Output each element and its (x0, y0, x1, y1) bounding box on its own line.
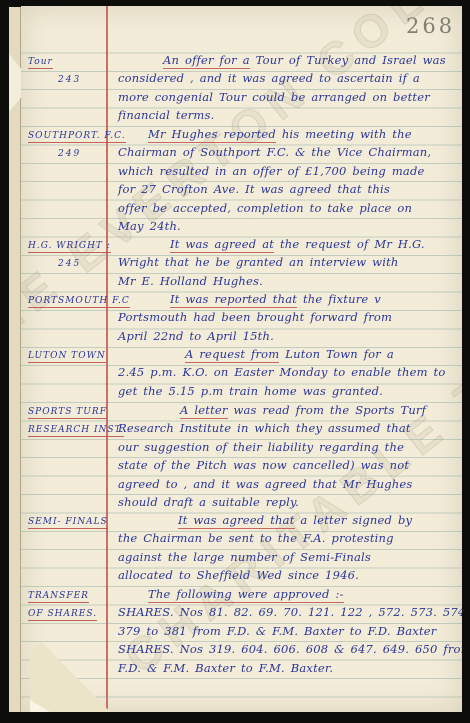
handwriting-text: allocated to Sheffield Wed since 1946. (118, 568, 359, 582)
margin-heading: TRANSFER (28, 587, 116, 605)
handwriting-text: the request of Mr H.G. (274, 237, 425, 251)
handwriting-text: the Chairman be sent to the F.A. protest… (118, 531, 394, 545)
minute-body: It was agreed that a letter signed bythe… (118, 511, 462, 585)
margin-heading-text: SEMI- FINALS (28, 517, 108, 529)
ledger-page: THE EVERTON COLLECTION CHARITABLE TRUST … (21, 6, 462, 712)
sections: Tour243An offer for a Tour of Turkey and… (21, 6, 462, 712)
minute-number: 243 (28, 71, 116, 89)
margin-heading: Tour (28, 53, 116, 71)
handwriting-text: get the 5.15 p.m train home was granted. (118, 384, 383, 398)
handwriting-text: F.D. & F.M. Baxter to F.M. Baxter. (118, 661, 333, 675)
handwritten-line: financial terms. (118, 106, 462, 124)
handwriting-text: which resulted in an offer of £1,700 bei… (118, 164, 425, 178)
margin-column: PORTSMOUTH F.C (28, 292, 116, 310)
handwritten-line: Research Institute in which they assumed… (118, 419, 462, 437)
handwriting-text: his meeting with the (276, 127, 412, 141)
handwritten-line: 379 to 381 from F.D. & F.M. Baxter to F.… (118, 622, 462, 640)
margin-heading: SEMI- FINALS (28, 513, 116, 531)
handwritten-line: more congenial Tour could be arranged on… (118, 88, 462, 106)
handwriting-text: Tour of Turkey and Israel was (250, 53, 446, 67)
margin-heading: H.G. WRIGHT : (28, 237, 116, 255)
handwritten-line: for 27 Crofton Ave. It was agreed that t… (118, 180, 462, 198)
handwriting-text: more congenial Tour could be arranged on… (118, 90, 430, 104)
handwriting-text: Portsmouth had been brought forward from (118, 310, 392, 324)
handwritten-line: It was reported that the fixture v (118, 290, 462, 308)
handwriting-text: state of the Pitch was now cancelled) wa… (118, 458, 409, 472)
handwritten-line: Chairman of Southport F.C. & the Vice Ch… (118, 143, 462, 161)
handwritten-line: Mr E. Holland Hughes. (118, 272, 462, 290)
handwritten-line: A letter was read from the Sports Turf (118, 401, 462, 419)
handwritten-line: Mr Hughes reported his meeting with the (118, 125, 462, 143)
margin-heading-text: LUTON TOWN (28, 351, 106, 363)
handwriting-text: considered , and it was agreed to ascert… (118, 71, 420, 85)
handwritten-line: Portsmouth had been brought forward from (118, 308, 462, 326)
handwriting-text: Mr E. Holland Hughes. (118, 274, 263, 288)
handwriting-text: our suggestion of their liability regard… (118, 440, 404, 454)
margin-heading: SOUTHPORT. F.C. (28, 127, 116, 145)
underlined-phrase: A request from (185, 347, 279, 363)
handwritten-line: 2.45 p.m. K.O. on Easter Monday to enabl… (118, 363, 462, 381)
handwritten-line: Wright that he be granted an interview w… (118, 253, 462, 271)
minute-number: 245 (28, 255, 116, 273)
handwriting-text: against the large number of Semi-Finals (118, 550, 371, 564)
margin-column: H.G. WRIGHT :245 (28, 237, 116, 274)
handwritten-line: against the large number of Semi-Finals (118, 548, 462, 566)
minute-body: It was agreed at the request of Mr H.G.W… (118, 235, 462, 290)
handwritten-line: offer be accepted, completion to take pl… (118, 199, 462, 217)
handwritten-line: which resulted in an offer of £1,700 bei… (118, 162, 462, 180)
minute-number: 249 (28, 145, 116, 163)
margin-heading-text: TRANSFER (28, 591, 89, 603)
handwriting-text: May 24th. (118, 219, 181, 233)
underlined-phrase: The following were approved :- (148, 587, 344, 603)
minute-body: It was reported that the fixture vPortsm… (118, 290, 462, 345)
handwriting-text: the fixture v (297, 292, 381, 306)
margin-heading: OF SHARES. (28, 605, 116, 623)
handwritten-line: A request from Luton Town for a (118, 345, 462, 363)
handwriting-text: Research Institute in which they assumed… (118, 421, 411, 435)
underlined-phrase: An offer for a (163, 53, 250, 69)
handwritten-line: April 22nd to April 15th. (118, 327, 462, 345)
margin-column: SEMI- FINALS (28, 513, 116, 531)
minute-body: A letter was read from the Sports TurfRe… (118, 401, 462, 511)
handwriting-text: SHARES. Nos 319. 604. 606. 608 & 647. 64… (118, 642, 462, 656)
margin-heading: LUTON TOWN (28, 347, 116, 365)
underlined-phrase: Mr Hughes reported (148, 127, 276, 143)
handwritten-line: state of the Pitch was now cancelled) wa… (118, 456, 462, 474)
handwritten-line: the Chairman be sent to the F.A. protest… (118, 529, 462, 547)
underlined-phrase: It was agreed at (170, 237, 274, 253)
minute-book-scan: THE EVERTON COLLECTION CHARITABLE TRUST … (0, 0, 470, 723)
underlined-phrase: A letter (180, 403, 228, 419)
underlined-phrase: It was reported that (170, 292, 297, 308)
margin-column: TRANSFEROF SHARES. (28, 587, 116, 624)
margin-heading-text: RESEARCH INST. (28, 425, 124, 437)
handwritten-line: SHARES. Nos 81. 82. 69. 70. 121. 122 , 5… (118, 603, 462, 621)
handwritten-line: May 24th. (118, 217, 462, 235)
handwritten-line: The following were approved :- (118, 585, 462, 603)
margin-heading-text: H.G. WRIGHT : (28, 241, 111, 253)
handwriting-text: 379 to 381 from F.D. & F.M. Baxter to F.… (118, 624, 437, 638)
handwritten-line: our suggestion of their liability regard… (118, 438, 462, 456)
margin-column: SOUTHPORT. F.C.249 (28, 127, 116, 164)
margin-column: SPORTS TURFRESEARCH INST. (28, 403, 116, 440)
margin-heading-text: PORTSMOUTH F.C (28, 296, 130, 308)
handwriting-text: Wright that he be granted an interview w… (118, 255, 399, 269)
handwritten-line: It was agreed that a letter signed by (118, 511, 462, 529)
handwriting-text: 2.45 p.m. K.O. on Easter Monday to enabl… (118, 365, 446, 379)
handwritten-line: allocated to Sheffield Wed since 1946. (118, 566, 462, 584)
margin-column: Tour243 (28, 53, 116, 90)
handwriting-text: was read from the Sports Turf (228, 403, 427, 417)
handwriting-text: agreed to , and it was agreed that Mr Hu… (118, 477, 413, 491)
margin-heading-text: SOUTHPORT. F.C. (28, 131, 126, 143)
handwriting-text: offer be accepted, completion to take pl… (118, 201, 412, 215)
handwriting-text: should draft a suitable reply. (118, 495, 299, 509)
handwritten-line: An offer for a Tour of Turkey and Israel… (118, 51, 462, 69)
handwriting-text: for 27 Crofton Ave. It was agreed that t… (118, 182, 390, 196)
handwritten-line: agreed to , and it was agreed that Mr Hu… (118, 475, 462, 493)
handwriting-text: financial terms. (118, 108, 215, 122)
margin-heading: PORTSMOUTH F.C (28, 292, 116, 310)
handwritten-line: should draft a suitable reply. (118, 493, 462, 511)
handwritten-line: It was agreed at the request of Mr H.G. (118, 235, 462, 253)
handwriting-text: SHARES. Nos 81. 82. 69. 70. 121. 122 , 5… (118, 605, 462, 619)
margin-heading: RESEARCH INST. (28, 421, 116, 439)
handwritten-line: F.D. & F.M. Baxter to F.M. Baxter. (118, 659, 462, 677)
minute-body: The following were approved :-SHARES. No… (118, 585, 462, 677)
handwriting-text: a letter signed by (295, 513, 413, 527)
handwriting-text: April 22nd to April 15th. (118, 329, 274, 343)
margin-heading-text: Tour (28, 57, 53, 69)
margin-heading-text: OF SHARES. (28, 609, 97, 621)
margin-column: LUTON TOWN (28, 347, 116, 365)
handwritten-line: considered , and it was agreed to ascert… (118, 69, 462, 87)
handwriting-text: Chairman of Southport F.C. & the Vice Ch… (118, 145, 431, 159)
minute-body: A request from Luton Town for a2.45 p.m.… (118, 345, 462, 400)
margin-heading: SPORTS TURF (28, 403, 116, 421)
handwriting-text: Luton Town for a (279, 347, 394, 361)
underlined-phrase: It was agreed that (178, 513, 295, 529)
minute-body: Mr Hughes reported his meeting with theC… (118, 125, 462, 235)
handwritten-line: SHARES. Nos 319. 604. 606. 608 & 647. 64… (118, 640, 462, 658)
margin-heading-text: SPORTS TURF (28, 407, 107, 419)
handwritten-line: get the 5.15 p.m train home was granted. (118, 382, 462, 400)
minute-body: An offer for a Tour of Turkey and Israel… (118, 51, 462, 125)
